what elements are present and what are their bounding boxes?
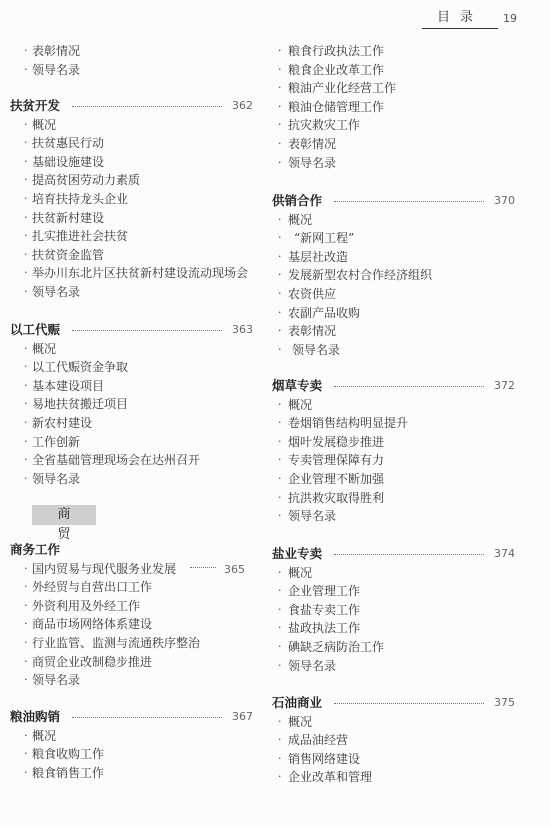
- bullet-icon: ·: [278, 638, 282, 657]
- toc-entry[interactable]: ·表彰情况: [0, 42, 265, 61]
- leader-dots: [334, 554, 484, 555]
- section-title: 供销合作: [272, 192, 322, 211]
- section-page: 367: [232, 708, 253, 727]
- toc-entry[interactable]: ·扶贫资金监管: [0, 246, 265, 265]
- bullet-icon: ·: [278, 396, 282, 415]
- bullet-icon: ·: [278, 266, 282, 285]
- bullet-icon: ·: [278, 414, 282, 433]
- bullet-icon: ·: [24, 171, 28, 190]
- bullet-icon: ·: [24, 653, 28, 672]
- bullet-icon: ·: [24, 597, 28, 616]
- toc-entry[interactable]: ·外经贸与自营出口工作: [0, 578, 265, 597]
- toc-section-tobacco: 烟草专卖 372 ·概况 ·卷烟销售结构明显提升 ·烟叶发展稳步推进 ·专卖管理…: [268, 377, 533, 526]
- bullet-icon: ·: [24, 153, 28, 172]
- section-page: 370: [494, 192, 515, 211]
- running-title: 目录: [422, 10, 498, 29]
- toc-entry[interactable]: ·概况: [0, 727, 265, 746]
- toc-entry[interactable]: ·发展新型农村合作经济组织: [268, 266, 533, 285]
- toc-entry[interactable]: ·领导名录: [0, 671, 265, 690]
- bullet-icon: ·: [278, 564, 282, 583]
- bullet-icon: ·: [278, 489, 282, 508]
- bullet-icon: ·: [24, 615, 28, 634]
- toc-entry[interactable]: ·抗灾救灾工作: [268, 116, 533, 135]
- toc-entry[interactable]: ·卷烟销售结构明显提升: [268, 414, 533, 433]
- toc-entry[interactable]: ·农副产品收购: [268, 304, 533, 323]
- toc-entry[interactable]: ·领导名录: [268, 154, 533, 173]
- bullet-icon: ·: [24, 745, 28, 764]
- bullet-icon: ·: [24, 395, 28, 414]
- bullet-icon: ·: [278, 768, 282, 787]
- bullet-icon: ·: [24, 764, 28, 783]
- bullet-icon: ·: [24, 634, 28, 653]
- bullet-icon: ·: [24, 433, 28, 452]
- bullet-icon: ·: [24, 190, 28, 209]
- toc-entry[interactable]: ·领导名录: [0, 283, 265, 302]
- toc-entry[interactable]: ·农资供应: [268, 285, 533, 304]
- bullet-icon: ·: [278, 135, 282, 154]
- toc-section-petroleum: 石油商业 375 ·概况 ·成品油经营 ·销售网络建设 ·企业改革和管理: [268, 694, 533, 787]
- leader-dots: [334, 201, 484, 202]
- toc-entry[interactable]: ·盐政执法工作: [268, 619, 533, 638]
- section-title: 盐业专卖: [272, 545, 322, 564]
- bullet-icon: ·: [278, 98, 282, 117]
- bullet-icon: ·: [278, 154, 282, 173]
- toc-entry[interactable]: ·烟叶发展稳步推进: [268, 433, 533, 452]
- bullet-icon: ·: [278, 285, 282, 304]
- page-header: 目录 19: [400, 10, 550, 32]
- entry-page: 365: [224, 563, 245, 576]
- toc-section-work-for-relief: 以工代赈 363 ·概况 ·以工代赈资金争取 ·基本建设项目 ·易地扶贫搬迁项目…: [0, 321, 265, 488]
- toc-continued-left: ·表彰情况 ·领导名录: [0, 42, 265, 79]
- toc-entry[interactable]: ·领导名录: [268, 341, 533, 360]
- bullet-icon: ·: [24, 340, 28, 359]
- bullet-icon: ·: [278, 433, 282, 452]
- toc-entry[interactable]: ·工作创新: [0, 433, 265, 452]
- toc-entry[interactable]: ·表彰情况: [268, 322, 533, 341]
- toc-entry[interactable]: ·概况: [0, 340, 265, 359]
- bullet-icon: ·: [24, 116, 28, 135]
- toc-entry[interactable]: ·扶贫新村建设: [0, 209, 265, 228]
- toc-entry[interactable]: ·商贸企业改制稳步推进: [0, 653, 265, 672]
- bullet-icon: ·: [278, 619, 282, 638]
- toc-entry[interactable]: ·举办川东北片区扶贫新村建设流动现场会: [0, 264, 265, 283]
- toc-entry[interactable]: ·“新网工程”: [268, 229, 533, 248]
- section-title: 烟草专卖: [272, 377, 322, 396]
- bullet-icon: ·: [24, 451, 28, 470]
- bullet-icon: ·: [278, 507, 282, 526]
- section-title: 扶贫开发: [10, 97, 60, 116]
- section-heading[interactable]: 商务工作: [0, 541, 265, 560]
- toc-section-commerce-work: 商务工作 ·国内贸易与现代服务业发展365 ·外经贸与自营出口工作 ·外资利用及…: [0, 541, 265, 690]
- toc-entry[interactable]: ·抗洪救灾取得胜利: [268, 489, 533, 508]
- bullet-icon: ·: [278, 79, 282, 98]
- section-title: 以工代赈: [10, 321, 60, 340]
- toc-entry[interactable]: ·专卖管理保障有力: [268, 451, 533, 470]
- section-page: 362: [232, 97, 253, 116]
- bullet-icon: ·: [278, 657, 282, 676]
- bullet-icon: ·: [24, 134, 28, 153]
- leader-dots: [190, 567, 216, 568]
- toc-entry[interactable]: ·行业监管、监测与流通秩序整治: [0, 634, 265, 653]
- section-title: 粮油购销: [10, 708, 60, 727]
- toc-entry[interactable]: ·基层社改造: [268, 248, 533, 267]
- toc-entry[interactable]: ·企业改革和管理: [268, 768, 533, 787]
- toc-entry[interactable]: ·新农村建设: [0, 414, 265, 433]
- bullet-icon: ·: [24, 283, 28, 302]
- toc-entry[interactable]: ·领导名录: [0, 61, 265, 80]
- bullet-icon: ·: [24, 578, 28, 597]
- toc-entry[interactable]: ·食盐专卖工作: [268, 601, 533, 620]
- bullet-icon: ·: [278, 42, 282, 61]
- bullet-icon: ·: [24, 61, 28, 80]
- leader-dots: [72, 330, 222, 331]
- toc-entry[interactable]: ·粮食行政执法工作: [268, 42, 533, 61]
- toc-entry[interactable]: ·粮油仓储管理工作: [268, 98, 533, 117]
- toc-entry[interactable]: ·概况: [268, 396, 533, 415]
- bullet-icon: ·: [24, 246, 28, 265]
- toc-entry[interactable]: ·培育扶持龙头企业: [0, 190, 265, 209]
- bullet-icon: ·: [24, 209, 28, 228]
- toc-entry[interactable]: ·成品油经营: [268, 731, 533, 750]
- bullet-icon: ·: [24, 470, 28, 489]
- toc-entry[interactable]: ·粮食收购工作: [0, 745, 265, 764]
- toc-entry[interactable]: ·概况: [268, 564, 533, 583]
- bullet-icon: ·: [278, 470, 282, 489]
- toc-entry[interactable]: ·国内贸易与现代服务业发展365: [0, 560, 265, 579]
- toc-entry[interactable]: ·易地扶贫搬迁项目: [0, 395, 265, 414]
- section-heading[interactable]: 扶贫开发 362: [0, 97, 265, 116]
- toc-entry[interactable]: ·领导名录: [268, 657, 533, 676]
- toc-entry[interactable]: ·粮食销售工作: [0, 764, 265, 783]
- section-heading[interactable]: 石油商业 375: [268, 694, 533, 713]
- bullet-icon: ·: [278, 248, 282, 267]
- toc-entry[interactable]: ·概况: [0, 116, 265, 135]
- bullet-icon: ·: [278, 304, 282, 323]
- section-heading[interactable]: 烟草专卖 372: [268, 377, 533, 396]
- toc-continued-right: ·粮食行政执法工作 ·粮食企业改革工作 ·粮油产业化经营工作 ·粮油仓储管理工作…: [268, 42, 533, 172]
- toc-entry[interactable]: ·扎实推进社会扶贫: [0, 227, 265, 246]
- bullet-icon: ·: [24, 560, 28, 579]
- section-page: 374: [494, 545, 515, 564]
- toc-entry[interactable]: ·粮食企业改革工作: [268, 61, 533, 80]
- bullet-icon: ·: [278, 451, 282, 470]
- leader-dots: [334, 703, 484, 704]
- leader-dots: [334, 386, 484, 387]
- bullet-icon: ·: [278, 750, 282, 769]
- section-title: 石油商业: [272, 694, 322, 713]
- section-title: 商务工作: [10, 541, 60, 560]
- toc-section-salt: 盐业专卖 374 ·概况 ·企业管理工作 ·食盐专卖工作 ·盐政执法工作 ·碘缺…: [268, 545, 533, 675]
- bullet-icon: ·: [278, 582, 282, 601]
- section-page: 375: [494, 694, 515, 713]
- bullet-icon: ·: [278, 116, 282, 135]
- category-heading-commerce[interactable]: 商贸: [32, 505, 96, 525]
- section-page: 372: [494, 377, 515, 396]
- section-heading[interactable]: 盐业专卖 374: [268, 545, 533, 564]
- section-heading[interactable]: 粮油购销 367: [0, 708, 265, 727]
- bullet-icon: ·: [24, 358, 28, 377]
- toc-entry[interactable]: ·基础设施建设: [0, 153, 265, 172]
- toc-section-supply-marketing: 供销合作 370 ·概况 ·“新网工程” ·基层社改造 ·发展新型农村合作经济组…: [268, 192, 533, 359]
- toc-entry[interactable]: ·表彰情况: [268, 135, 533, 154]
- section-heading[interactable]: 以工代赈 363: [0, 321, 265, 340]
- bullet-icon: ·: [24, 227, 28, 246]
- toc-entry[interactable]: ·概况: [268, 211, 533, 230]
- section-heading[interactable]: 供销合作 370: [268, 192, 533, 211]
- bullet-icon: ·: [278, 211, 282, 230]
- toc-entry[interactable]: ·概况: [268, 713, 533, 732]
- toc-entry[interactable]: ·领导名录: [268, 507, 533, 526]
- bullet-icon: ·: [278, 713, 282, 732]
- toc-entry[interactable]: ·提高贫困劳动力素质: [0, 171, 265, 190]
- bullet-icon: ·: [278, 229, 282, 248]
- toc-section-grain-oil: 粮油购销 367 ·概况 ·粮食收购工作 ·粮食销售工作: [0, 708, 265, 782]
- toc-entry[interactable]: ·企业管理工作: [268, 582, 533, 601]
- bullet-icon: ·: [278, 601, 282, 620]
- section-page: 363: [232, 321, 253, 340]
- bullet-icon: ·: [24, 42, 28, 61]
- leader-dots: [72, 106, 222, 107]
- toc-entry[interactable]: ·领导名录: [0, 470, 265, 489]
- bullet-icon: ·: [24, 671, 28, 690]
- toc-entry[interactable]: ·销售网络建设: [268, 750, 533, 769]
- bullet-icon: ·: [24, 414, 28, 433]
- bullet-icon: ·: [278, 731, 282, 750]
- bullet-icon: ·: [24, 264, 28, 283]
- bullet-icon: ·: [278, 341, 282, 360]
- toc-entry[interactable]: ·商品市场网络体系建设: [0, 615, 265, 634]
- toc-entry[interactable]: ·全省基础管理现场会在达州召开: [0, 451, 265, 470]
- toc-entry[interactable]: ·粮油产业化经营工作: [268, 79, 533, 98]
- bullet-icon: ·: [24, 377, 28, 396]
- toc-entry[interactable]: ·外资利用及外经工作: [0, 597, 265, 616]
- toc-entry[interactable]: ·基本建设项目: [0, 377, 265, 396]
- toc-section-poverty-alleviation: 扶贫开发 362 ·概况 ·扶贫惠民行动 ·基础设施建设 ·提高贫困劳动力素质 …: [0, 97, 265, 302]
- bullet-icon: ·: [278, 322, 282, 341]
- toc-entry[interactable]: ·扶贫惠民行动: [0, 134, 265, 153]
- bullet-icon: ·: [278, 61, 282, 80]
- page-number: 19: [503, 12, 517, 25]
- toc-entry[interactable]: ·企业管理不断加强: [268, 470, 533, 489]
- toc-entry[interactable]: ·碘缺乏病防治工作: [268, 638, 533, 657]
- toc-entry[interactable]: ·以工代赈资金争取: [0, 358, 265, 377]
- leader-dots: [72, 717, 222, 718]
- bullet-icon: ·: [24, 727, 28, 746]
